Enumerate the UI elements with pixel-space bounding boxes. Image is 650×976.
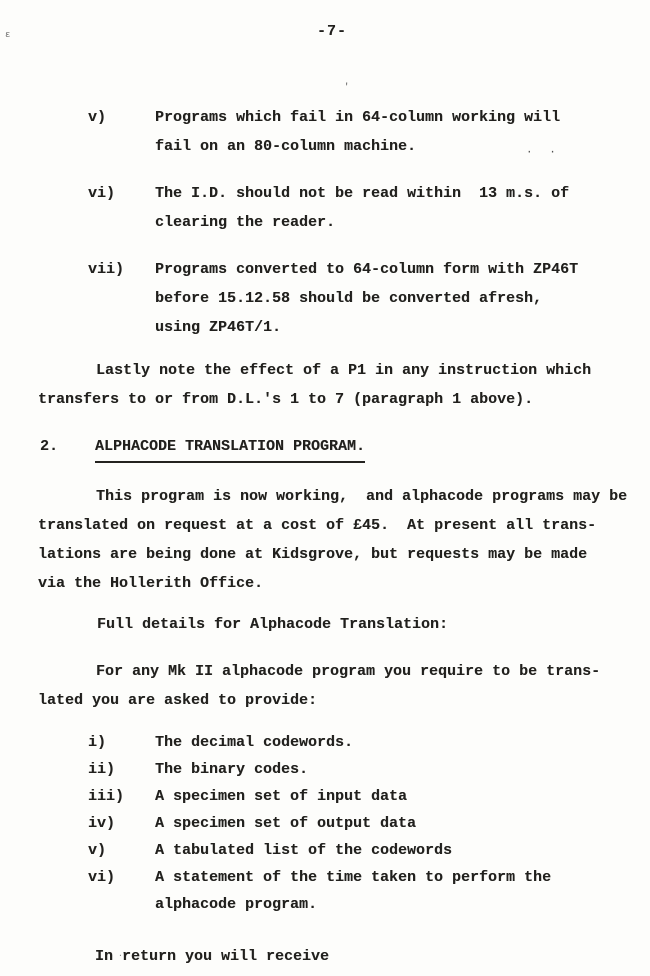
paragraph-line: In return you will receive: [95, 942, 650, 971]
list-item-text: A statement of the time taken to perform…: [155, 864, 551, 918]
paragraph-lastly: Lastly note the effect of a P1 in any in…: [38, 356, 650, 414]
paragraph-line: lated you are asked to provide:: [38, 686, 650, 715]
paragraph-line: This program is now working, and alphaco…: [38, 482, 650, 511]
list-line: clearing the reader.: [155, 208, 569, 237]
list-marker: vi): [88, 864, 155, 918]
list-marker: v): [88, 103, 155, 161]
document-page: ε · · ' . -7- v) Programs which fail in …: [0, 0, 650, 976]
list-item: v) Programs which fail in 64-column work…: [88, 103, 650, 161]
paragraph-in-return: In return you will receive: [95, 942, 650, 971]
list-item-text: Programs converted to 64-column form wit…: [155, 255, 578, 342]
list-line: A tabulated list of the codewords: [155, 837, 452, 864]
list-item-text: A tabulated list of the codewords: [155, 837, 452, 864]
list-item: vi) The I.D. should not be read within 1…: [88, 179, 650, 237]
list-line: The binary codes.: [155, 756, 308, 783]
page-number: -7-: [7, 22, 650, 42]
paragraph-line: transfers to or from D.L.'s 1 to 7 (para…: [38, 385, 650, 414]
list-item: ii) The binary codes.: [88, 756, 650, 783]
paragraph-intro: This program is now working, and alphaco…: [38, 482, 650, 598]
list-item-text: The I.D. should not be read within 13 m.…: [155, 179, 569, 237]
scan-speck: ': [344, 82, 349, 92]
list-item-text: The binary codes.: [155, 756, 308, 783]
list-line: using ZP46T/1.: [155, 313, 578, 342]
paragraph-line: translated on request at a cost of £45. …: [38, 511, 650, 540]
section-number: 2.: [40, 432, 95, 463]
list-marker: i): [88, 729, 155, 756]
paragraph-line: lations are being done at Kidsgrove, but…: [38, 540, 650, 569]
paragraph-line: via the Hollerith Office.: [38, 569, 650, 598]
list-item: vii) Programs converted to 64-column for…: [88, 255, 650, 342]
list-line: The I.D. should not be read within 13 m.…: [155, 179, 569, 208]
list-line: alphacode program.: [155, 891, 551, 918]
list-item: v) A tabulated list of the codewords: [88, 837, 650, 864]
list-marker: v): [88, 837, 155, 864]
scan-speck: · ·: [526, 147, 561, 159]
scan-speck: .: [118, 950, 123, 959]
list-item: iii) A specimen set of input data: [88, 783, 650, 810]
paragraph-for-any: For any Mk II alphacode program you requ…: [38, 657, 650, 715]
list-line: Programs which fail in 64-column working…: [155, 103, 560, 132]
list-line: A statement of the time taken to perform…: [155, 864, 551, 891]
list-item-text: A specimen set of input data: [155, 783, 407, 810]
list-item-text: The decimal codewords.: [155, 729, 353, 756]
roman-list-lower: i) The decimal codewords. ii) The binary…: [0, 729, 650, 918]
list-marker: iii): [88, 783, 155, 810]
list-item-text: A specimen set of output data: [155, 810, 416, 837]
paragraph-line: Full details for Alphacode Translation:: [97, 610, 650, 639]
paragraph-full-details: Full details for Alphacode Translation:: [97, 610, 650, 639]
list-marker: iv): [88, 810, 155, 837]
list-marker: vii): [88, 255, 155, 342]
list-line: before 15.12.58 should be converted afre…: [155, 284, 578, 313]
section-title: ALPHACODE TRANSLATION PROGRAM.: [95, 432, 365, 463]
list-line: A specimen set of output data: [155, 810, 416, 837]
list-marker: ii): [88, 756, 155, 783]
list-line: A specimen set of input data: [155, 783, 407, 810]
paragraph-line: Lastly note the effect of a P1 in any in…: [38, 356, 650, 385]
list-line: fail on an 80-column machine.: [155, 132, 560, 161]
list-item: i) The decimal codewords.: [88, 729, 650, 756]
section-heading: 2. ALPHACODE TRANSLATION PROGRAM.: [40, 432, 650, 463]
list-line: The decimal codewords.: [155, 729, 353, 756]
list-item: iv) A specimen set of output data: [88, 810, 650, 837]
list-item-text: Programs which fail in 64-column working…: [155, 103, 560, 161]
list-item: vi) A statement of the time taken to per…: [88, 864, 650, 918]
roman-list-upper: v) Programs which fail in 64-column work…: [0, 103, 650, 342]
list-line: Programs converted to 64-column form wit…: [155, 255, 578, 284]
list-marker: vi): [88, 179, 155, 237]
paragraph-line: For any Mk II alphacode program you requ…: [38, 657, 650, 686]
